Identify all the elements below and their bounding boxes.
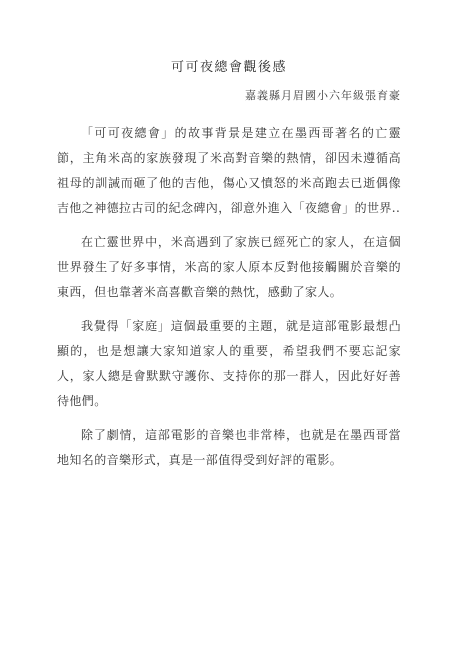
paragraph: 除了劇情，這部電影的音樂也非常棒，也就是在墨西哥當地知名的音樂形式，真是一部值得… xyxy=(57,423,401,473)
paragraph: 「可可夜總會」的故事背景是建立在墨西哥著名的亡靈節，主角米高的家族發現了米高對音… xyxy=(57,121,401,221)
document-content: 可可夜總會觀後感 嘉義縣月眉國小六年級張育豪 「可可夜總會」的故事背景是建立在墨… xyxy=(0,0,458,473)
paragraph: 我覺得「家庭」這個最重要的主題，就是這部電影最想凸顯的，也是想讓大家知道家人的重… xyxy=(57,314,401,414)
paragraph: 在亡靈世界中，米高遇到了家族已經死亡的家人，在這個世界發生了好多事情，米高的家人… xyxy=(57,230,401,305)
essay-body: 「可可夜總會」的故事背景是建立在墨西哥著名的亡靈節，主角米高的家族發現了米高對音… xyxy=(57,121,401,473)
page-title: 可可夜總會觀後感 xyxy=(57,56,401,75)
document-page: 可可夜總會觀後感 嘉義縣月眉國小六年級張育豪 「可可夜總會」的故事背景是建立在墨… xyxy=(0,0,458,648)
author-byline: 嘉義縣月眉國小六年級張育豪 xyxy=(57,87,401,103)
